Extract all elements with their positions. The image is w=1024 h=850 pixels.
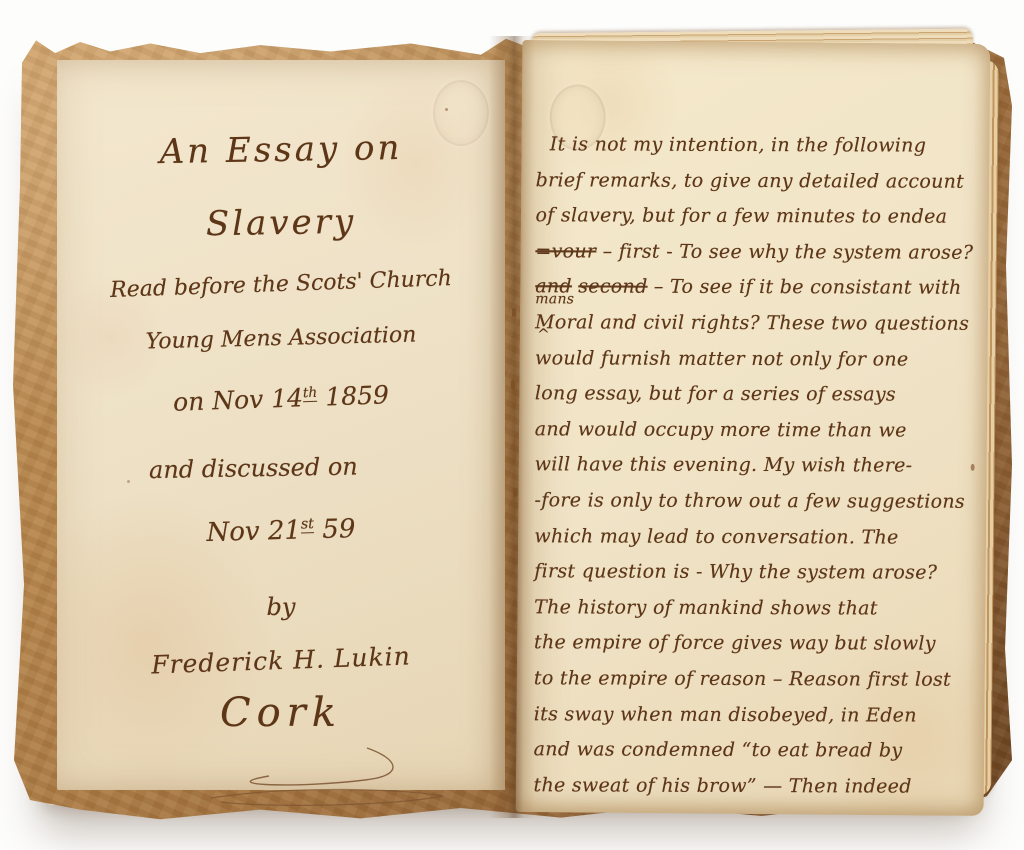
date-text: on Nov 14	[173, 383, 304, 417]
ms-line-with-insertion: mans^Moral and civil rights? These two q…	[535, 305, 979, 342]
date-text: Nov 21	[206, 515, 301, 547]
title-line-3: Read before the Scots' Church	[57, 264, 506, 305]
ms-text: and was condemned “to eat bread by	[534, 738, 903, 761]
manuscript-photo: An Essay on Slavery Read before the Scot…	[0, 0, 1024, 850]
ms-text: first question is - Why the system arose…	[534, 560, 937, 583]
signature-flourish	[151, 746, 451, 810]
ms-line: to the empire of reason – Reason first l…	[534, 661, 978, 698]
ms-line: long essay, but for a series of essays	[535, 376, 979, 413]
date-year: 1859	[317, 380, 390, 411]
ms-line: its sway when man disobeyed, in Eden	[534, 697, 978, 734]
sewing-stitch	[513, 488, 517, 497]
manuscript-text: It is not my intention, in the following…	[533, 127, 979, 805]
struck-word: =vour	[535, 240, 596, 262]
ms-text: would furnish matter not only for one	[535, 347, 908, 370]
ms-text: which may lead to conversation. The	[534, 525, 898, 548]
title-line-1: An Essay on	[57, 126, 506, 174]
ms-line: would furnish matter not only for one	[535, 341, 979, 378]
ms-text: to the empire of reason – Reason first l…	[534, 667, 951, 690]
ms-text: of slavery, but for a few minutes to end…	[536, 204, 948, 227]
foxing-speck	[445, 108, 448, 111]
ms-line: and would occupy more time than we	[535, 412, 979, 449]
title-page: An Essay on Slavery Read before the Scot…	[57, 60, 505, 790]
ms-text: The history of mankind shows that	[534, 596, 878, 619]
ms-text: – first - To see why the system arose?	[596, 240, 973, 263]
ms-line: first question is - Why the system arose…	[534, 554, 978, 591]
ms-text: will have this evening. My wish there-	[535, 454, 913, 477]
ms-line: The history of mankind shows that	[534, 590, 978, 627]
place-name: Cork	[57, 690, 505, 736]
ms-text: long essay, but for a series of essays	[535, 382, 896, 405]
date-ordinal: st	[301, 516, 315, 533]
ms-line: which may lead to conversation. The	[534, 519, 978, 556]
title-line-2: Slavery	[57, 199, 506, 247]
ms-line: brief remarks, to give any detailed acco…	[536, 163, 980, 200]
ms-text: its sway when man disobeyed, in Eden	[534, 703, 917, 726]
ms-text: the sweat of his brow” — Then indeed	[534, 774, 912, 797]
manuscript-page: It is not my intention, in the following…	[516, 40, 991, 816]
ms-text: the empire of force gives way but slowly	[534, 632, 936, 655]
byline-word: by	[57, 593, 505, 621]
author-signature: Frederick H. Lukin	[57, 638, 506, 683]
ms-text: brief remarks, to give any detailed acco…	[536, 169, 965, 192]
ms-text: – To see if it be consistant with	[648, 276, 962, 299]
ms-line-with-deletion: and second – To see if it be consistant …	[535, 270, 979, 307]
ms-text: -fore is only to throw out a few suggest…	[535, 489, 965, 513]
date-ordinal: th	[303, 384, 318, 401]
inserted-word: mans	[535, 292, 574, 306]
title-date-line: on Nov 14th 1859	[57, 376, 506, 421]
ms-line: the sweat of his brow” — Then indeed	[533, 768, 977, 805]
insertion-caret: ^	[537, 329, 550, 339]
date-year: 59	[314, 514, 356, 545]
ms-line: of slavery, but for a few minutes to end…	[535, 198, 979, 235]
ms-line: -fore is only to throw out a few suggest…	[534, 483, 978, 520]
struck-word: second	[578, 276, 647, 298]
ms-line: will have this evening. My wish there-	[535, 448, 979, 485]
title-line-4: Young Mens Association	[57, 320, 506, 357]
sewing-stitch	[511, 380, 515, 389]
ms-text: and would occupy more time than we	[535, 418, 907, 441]
ms-line: It is not my intention, in the following	[536, 127, 980, 164]
title-date-line-2: Nov 21st 59	[57, 510, 506, 552]
ms-line-with-deletion: =vour – first - To see why the system ar…	[535, 234, 979, 271]
ms-text: Moral and civil rights? These two questi…	[535, 311, 969, 335]
ms-line: and was condemned “to eat bread by	[534, 732, 978, 769]
ms-line: the empire of force gives way but slowly	[534, 626, 978, 663]
ms-text: It is not my intention, in the following	[550, 133, 926, 156]
sewing-stitch	[512, 308, 516, 317]
